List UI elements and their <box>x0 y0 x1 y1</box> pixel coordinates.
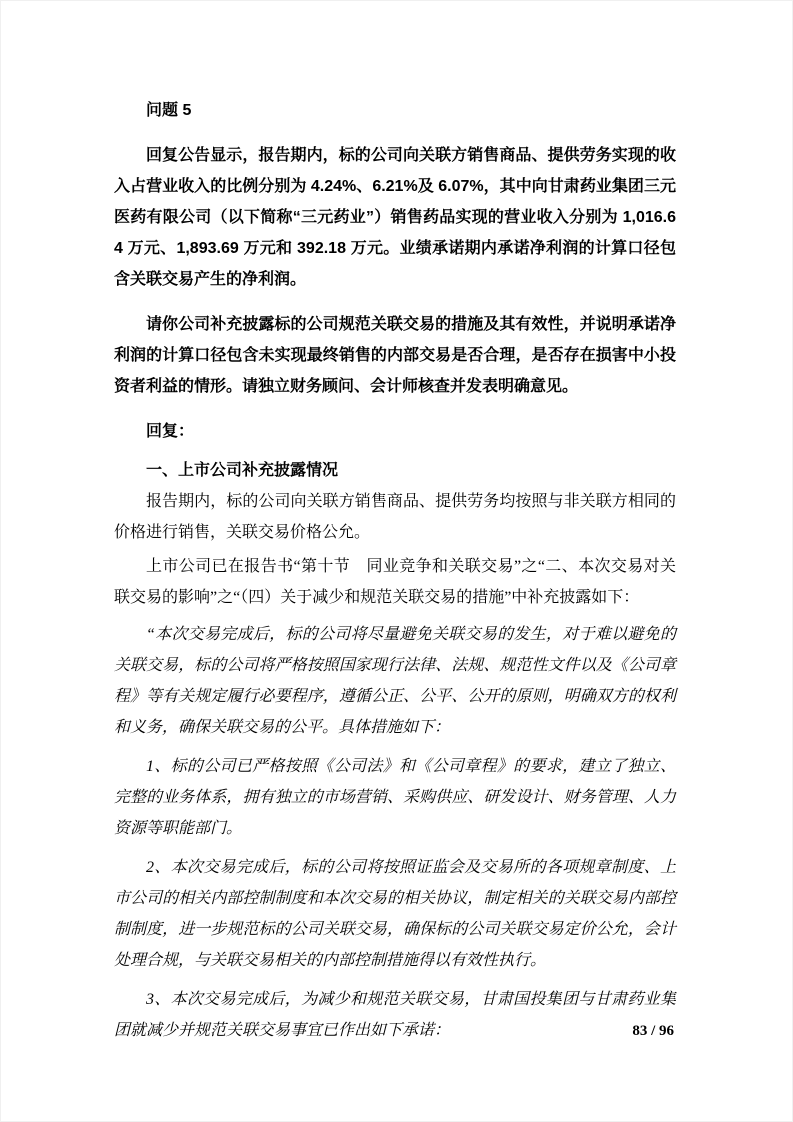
question-request-paragraph: 请你公司补充披露标的公司规范关联交易的措施及其有效性，并说明承诺净利润的计算口径… <box>114 309 676 402</box>
document-body: 问题 5 回复公告显示，报告期内，标的公司向关联方销售商品、提供劳务实现的收入占… <box>114 95 676 1046</box>
body-paragraph-report-reference: 上市公司已在报告书“第十节 同业竞争和关联交易”之“二、本次交易对关联交易的影响… <box>114 551 676 613</box>
question-number-heading: 问题 5 <box>114 95 676 126</box>
quoted-measures-intro-paragraph: “本次交易完成后，标的公司将尽量避免关联交易的发生，对于难以避免的关联交易，标的… <box>114 619 676 743</box>
reply-heading: 回复： <box>114 416 676 447</box>
section-heading-disclosure: 一、上市公司补充披露情况 <box>114 455 676 486</box>
page-number-indicator: 83 / 96 <box>632 1021 674 1041</box>
measure-item-1: 1、标的公司已严格按照《公司法》和《公司章程》的要求，建立了独立、完整的业务体系… <box>114 751 676 844</box>
measure-item-2: 2、本次交易完成后，标的公司将按照证监会及交易所的各项规章制度、上市公司的相关内… <box>114 852 676 976</box>
question-statement-paragraph: 回复公告显示，报告期内，标的公司向关联方销售商品、提供劳务实现的收入占营业收入的… <box>114 140 676 295</box>
body-paragraph-pricing: 报告期内，标的公司向关联方销售商品、提供劳务均按照与非关联方相同的价格进行销售，… <box>114 486 676 548</box>
document-page: 问题 5 回复公告显示，报告期内，标的公司向关联方销售商品、提供劳务实现的收入占… <box>0 0 793 1122</box>
measure-item-3: 3、本次交易完成后，为减少和规范关联交易，甘肃国投集团与甘肃药业集团就减少并规范… <box>114 984 676 1046</box>
